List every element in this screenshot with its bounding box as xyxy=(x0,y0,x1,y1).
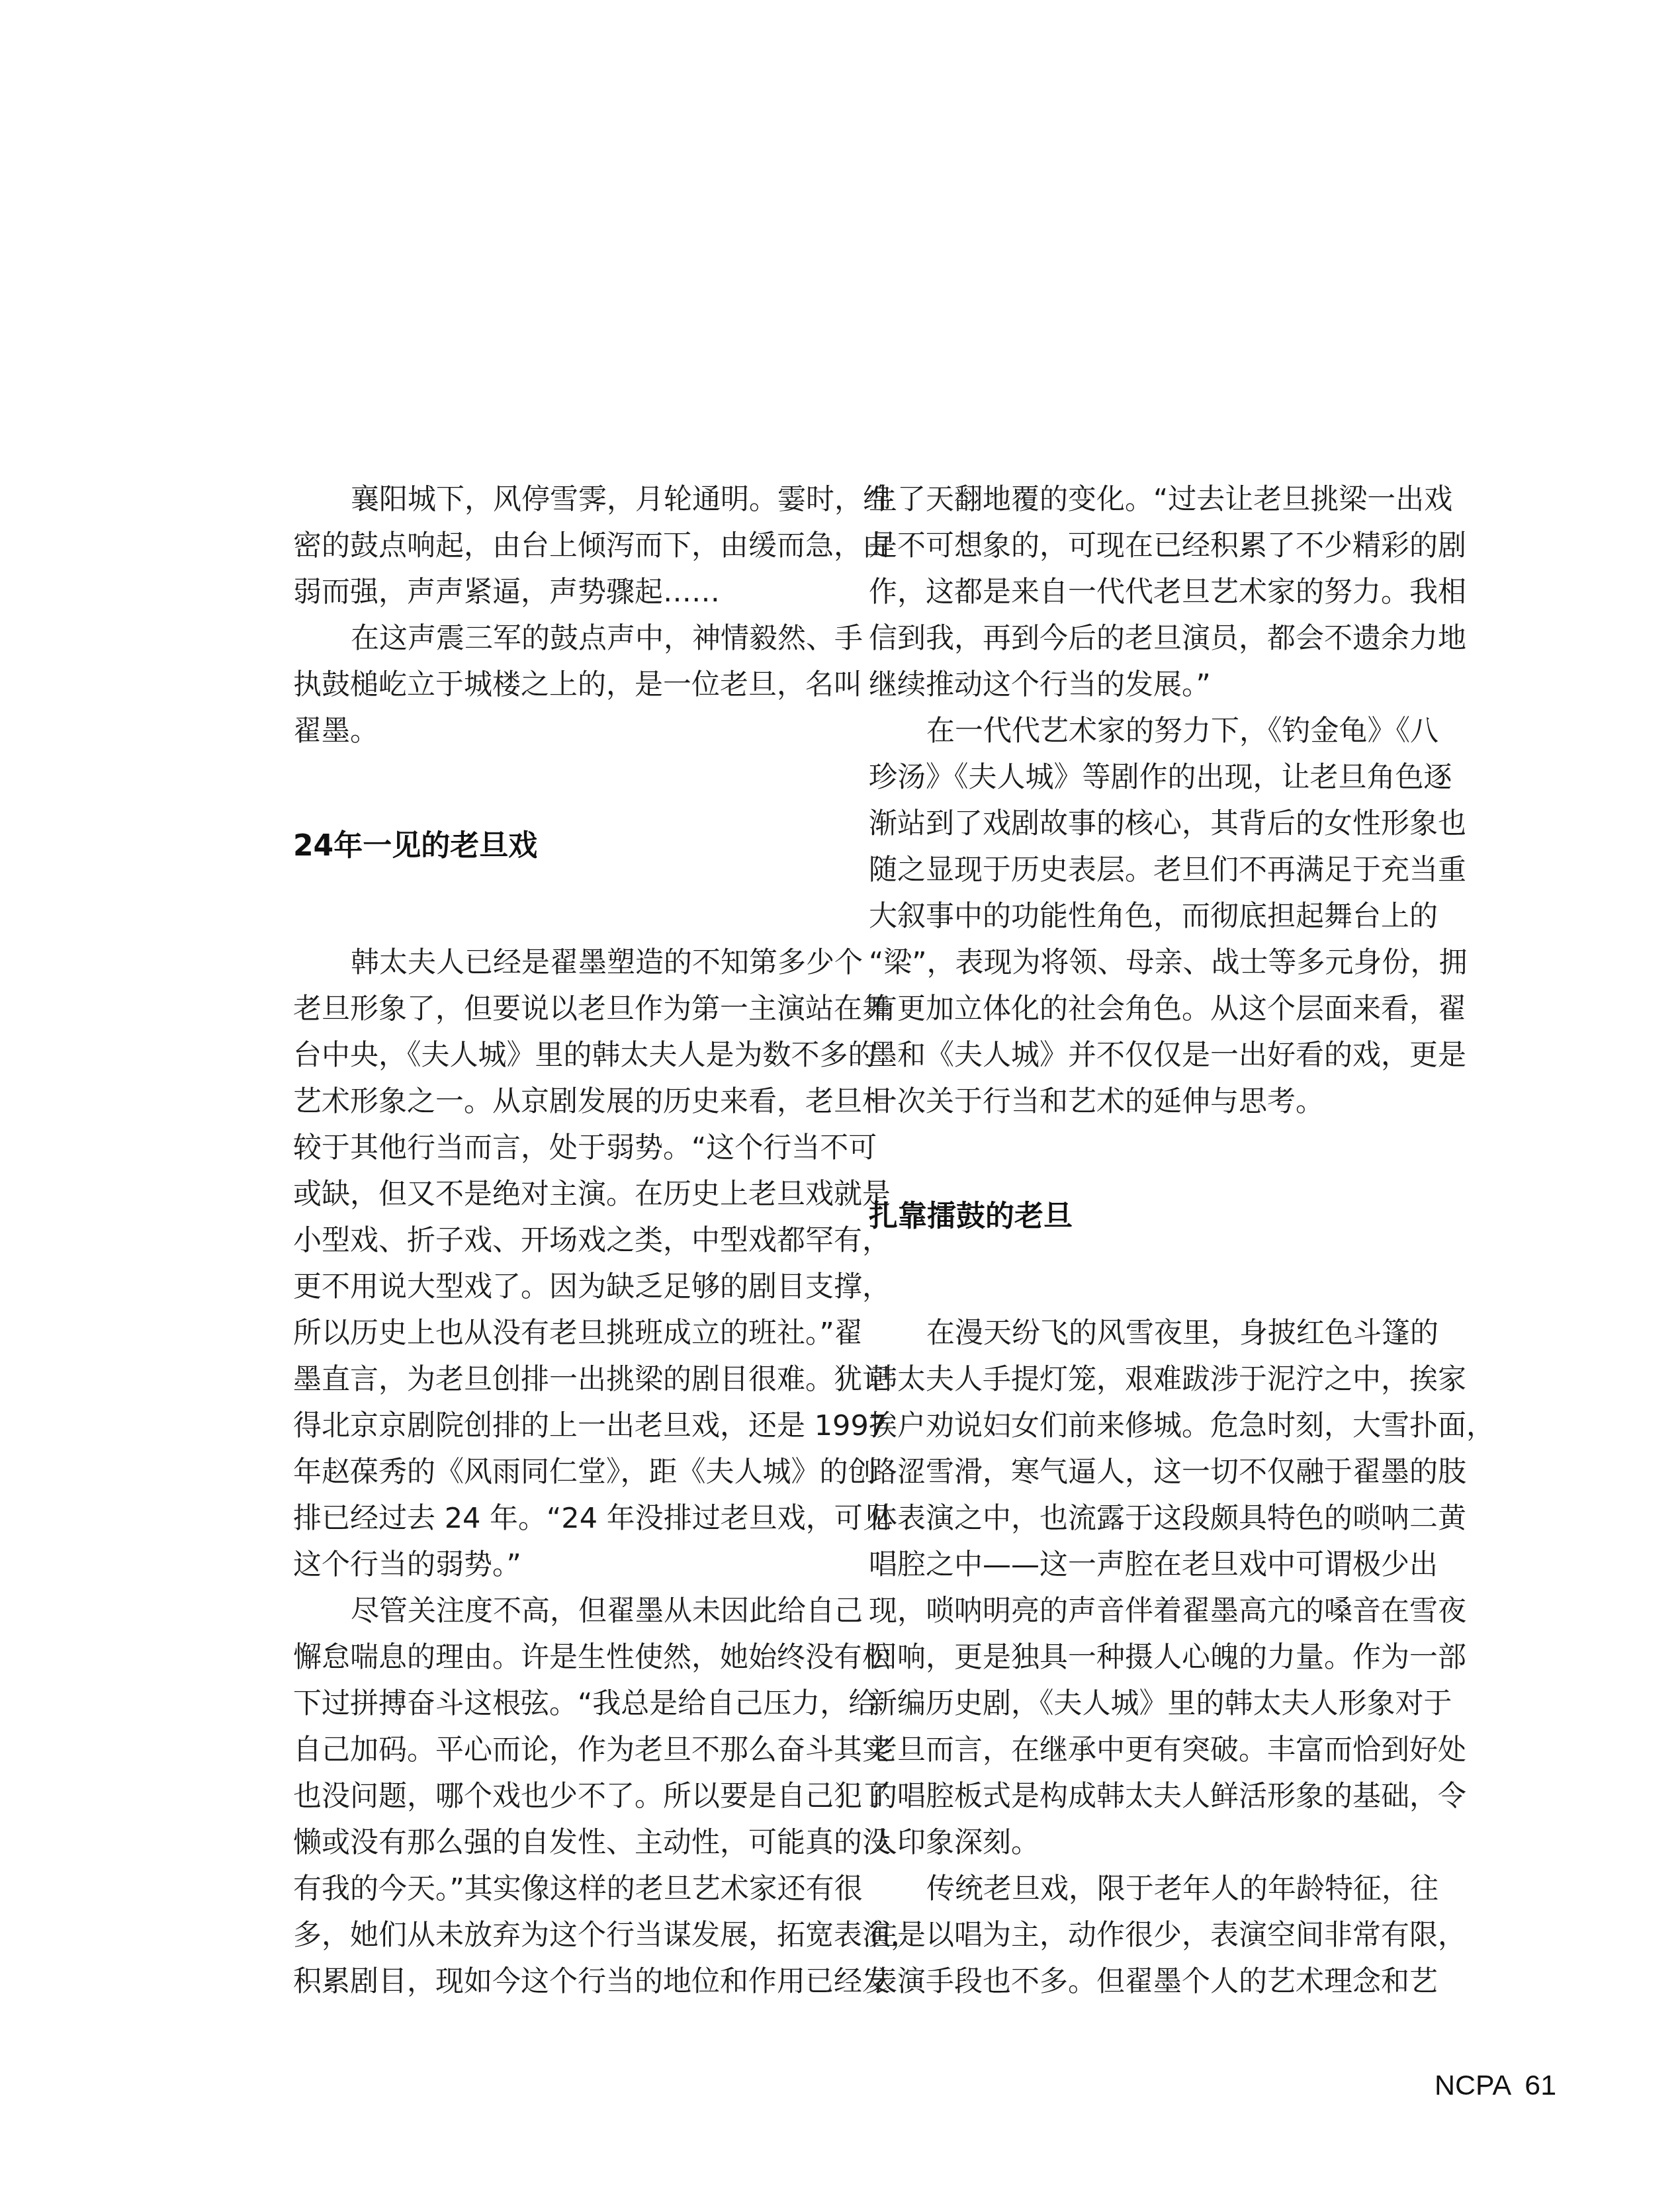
publication-name: NCPA xyxy=(1435,2070,1511,2101)
text-line: 尽管关注度不高，但翟墨从未因此给自己 xyxy=(293,1588,834,1634)
text-line: 随之显现于历史表层。老旦们不再满足于充当重 xyxy=(869,847,1410,893)
spacer xyxy=(293,754,834,823)
text-line: 年赵葆秀的《风雨同仁堂》，距《夫人城》的创 xyxy=(293,1449,834,1495)
text-line: 得北京京剧院创排的上一出老旦戏，还是 1997 xyxy=(293,1403,834,1449)
text-line: 渐站到了戏剧故事的核心，其背后的女性形象也 xyxy=(869,801,1410,847)
page-footer: NCPA61 xyxy=(1435,2070,1556,2102)
text-line: 懈怠喘息的理由。许是生性使然，她始终没有松 xyxy=(293,1634,834,1681)
text-line: 排已经过去 24 年。“24 年没排过老旦戏，可见 xyxy=(293,1495,834,1542)
text-line: 路涩雪滑，寒气逼人，这一切不仅融于翟墨的肢 xyxy=(869,1449,1410,1495)
text-line: 传统老旦戏，限于老年人的年龄特征，往 xyxy=(869,1866,1410,1912)
text-line: 较于其他行当而言，处于弱势。“这个行当不可 xyxy=(293,1125,834,1171)
text-line: 韩太夫人已经是翟墨塑造的不知第多少个 xyxy=(293,940,834,986)
text-line: 继续推动这个行当的发展。” xyxy=(869,662,1410,708)
text-line: 有我的今天。”其实像这样的老旦艺术家还有很 xyxy=(293,1866,834,1912)
spacer xyxy=(869,1125,1410,1194)
text-line: 体表演之中，也流露于这段颇具特色的唢呐二黄 xyxy=(869,1495,1410,1542)
text-line: 在这声震三军的鼓点声中，神情毅然、手 xyxy=(293,615,834,662)
section2-paragraph-2: 传统老旦戏，限于老年人的年龄特征，往 往是以唱为主，动作很少，表演空间非常有限，… xyxy=(869,1866,1410,2005)
text-line: 新编历史剧，《夫人城》里的韩太夫人形象对于 xyxy=(869,1681,1410,1727)
text-line: 老旦形象了，但要说以老旦作为第一主演站在舞 xyxy=(293,986,834,1032)
spacer xyxy=(293,869,834,940)
text-line: 或缺，但又不是绝对主演。在历史上老旦戏就是 xyxy=(293,1171,834,1217)
text-line: 大叙事中的功能性角色，而彻底担起舞台上的 xyxy=(869,893,1410,940)
right-column: 生了天翻地覆的变化。“过去让老旦挑梁一出戏 是不可想象的，可现在已经积累了不少精… xyxy=(869,476,1410,2005)
section2-paragraph-1: 在漫天纷飞的风雪夜里，身披红色斗篷的 韩太夫人手提灯笼，艰难跋涉于泥泞之中，挨家… xyxy=(869,1310,1410,1866)
text-line: 密的鼓点响起，由台上倾泻而下，由缓而急，由 xyxy=(293,523,834,569)
text-line: 生了天翻地覆的变化。“过去让老旦挑梁一出戏 xyxy=(869,476,1410,523)
text-line: 有更加立体化的社会角色。从这个层面来看，翟 xyxy=(869,986,1410,1032)
text-line: 也没问题，哪个戏也少不了。所以要是自己犯了 xyxy=(293,1773,834,1819)
text-line: 积累剧目，现如今这个行当的地位和作用已经发 xyxy=(293,1958,834,2005)
text-line: 在一代代艺术家的努力下，《钓金龟》《八 xyxy=(869,708,1410,754)
text-line: 小型戏、折子戏、开场戏之类，中型戏都罕有， xyxy=(293,1217,834,1264)
text-line: 更不用说大型戏了。因为缺乏足够的剧目支撑， xyxy=(293,1264,834,1310)
text-line: 挨户劝说妇女们前来修城。危急时刻，大雪扑面， xyxy=(869,1403,1410,1449)
text-line: 懒或没有那么强的自发性、主动性，可能真的没 xyxy=(293,1819,834,1866)
section1-paragraph-3: 在一代代艺术家的努力下，《钓金龟》《八 珍汤》《夫人城》等剧作的出现，让老旦角色… xyxy=(869,708,1410,1125)
page-number: 61 xyxy=(1525,2070,1556,2101)
text-line: 人印象深刻。 xyxy=(869,1819,1410,1866)
text-line: 台中央，《夫人城》里的韩太夫人是为数不多的 xyxy=(293,1032,834,1078)
text-line: 弱而强，声声紧逼，声势骤起…… xyxy=(293,569,834,615)
text-line: 艺术形象之一。从京剧发展的历史来看，老旦相 xyxy=(293,1078,834,1125)
text-line: 表演手段也不多。但翟墨个人的艺术理念和艺 xyxy=(869,1958,1410,2005)
section-heading-2: 扎靠擂鼓的老旦 xyxy=(869,1194,1410,1240)
section-heading-1: 24年一见的老旦戏 xyxy=(293,823,834,869)
text-line: 多，她们从未放弃为这个行当谋发展，拓宽表演， xyxy=(293,1912,834,1958)
text-line: 下过拼搏奋斗这根弦。“我总是给自己压力，给 xyxy=(293,1681,834,1727)
left-column: 襄阳城下，风停雪霁，月轮通明。霎时，绵 密的鼓点响起，由台上倾泻而下，由缓而急，… xyxy=(293,476,834,2005)
text-line: 的唱腔板式是构成韩太夫人鲜活形象的基础，令 xyxy=(869,1773,1410,1819)
text-line: 墨和《夫人城》并不仅仅是一出好看的戏，更是 xyxy=(869,1032,1410,1078)
text-line: 在漫天纷飞的风雪夜里，身披红色斗篷的 xyxy=(869,1310,1410,1356)
text-line: 执鼓槌屹立于城楼之上的，是一位老旦，名叫 xyxy=(293,662,834,708)
section1-paragraph-2: 尽管关注度不高，但翟墨从未因此给自己 懈怠喘息的理由。许是生性使然，她始终没有松… xyxy=(293,1588,834,2005)
text-line: 是不可想象的，可现在已经积累了不少精彩的剧 xyxy=(869,523,1410,569)
text-line: 信到我，再到今后的老旦演员，都会不遗余力地 xyxy=(869,615,1410,662)
text-line: 往是以唱为主，动作很少，表演空间非常有限， xyxy=(869,1912,1410,1958)
spacer xyxy=(869,1240,1410,1310)
text-line: 珍汤》《夫人城》等剧作的出现，让老旦角色逐 xyxy=(869,754,1410,801)
text-line: 作，这都是来自一代代老旦艺术家的努力。我相 xyxy=(869,569,1410,615)
section1-paragraph-2-continued: 生了天翻地覆的变化。“过去让老旦挑梁一出戏 是不可想象的，可现在已经积累了不少精… xyxy=(869,476,1410,708)
text-line: 老旦而言，在继承中更有突破。丰富而恰到好处 xyxy=(869,1727,1410,1773)
intro-paragraph-1: 襄阳城下，风停雪霁，月轮通明。霎时，绵 密的鼓点响起，由台上倾泻而下，由缓而急，… xyxy=(293,476,834,615)
text-line: 唱腔之中——这一声腔在老旦戏中可谓极少出 xyxy=(869,1542,1410,1588)
text-line: 墨直言，为老旦创排一出挑梁的剧目很难。犹记 xyxy=(293,1356,834,1403)
intro-paragraph-2: 在这声震三军的鼓点声中，神情毅然、手 执鼓槌屹立于城楼之上的，是一位老旦，名叫 … xyxy=(293,615,834,754)
section1-paragraph-1: 韩太夫人已经是翟墨塑造的不知第多少个 老旦形象了，但要说以老旦作为第一主演站在舞… xyxy=(293,940,834,1588)
text-line: 回响，更是独具一种摄人心魄的力量。作为一部 xyxy=(869,1634,1410,1681)
text-line: 翟墨。 xyxy=(293,708,834,754)
text-line: 自己加码。平心而论，作为老旦不那么奋斗其实 xyxy=(293,1727,834,1773)
text-line: 现，唢呐明亮的声音伴着翟墨高亢的嗓音在雪夜 xyxy=(869,1588,1410,1634)
text-line: 襄阳城下，风停雪霁，月轮通明。霎时，绵 xyxy=(293,476,834,523)
text-line: 一次关于行当和艺术的延伸与思考。 xyxy=(869,1078,1410,1125)
text-line: 所以历史上也从没有老旦挑班成立的班社。”翟 xyxy=(293,1310,834,1356)
text-line: “梁”，表现为将领、母亲、战士等多元身份，拥 xyxy=(869,940,1410,986)
text-line: 韩太夫人手提灯笼，艰难跋涉于泥泞之中，挨家 xyxy=(869,1356,1410,1403)
text-line: 这个行当的弱势。” xyxy=(293,1542,834,1588)
